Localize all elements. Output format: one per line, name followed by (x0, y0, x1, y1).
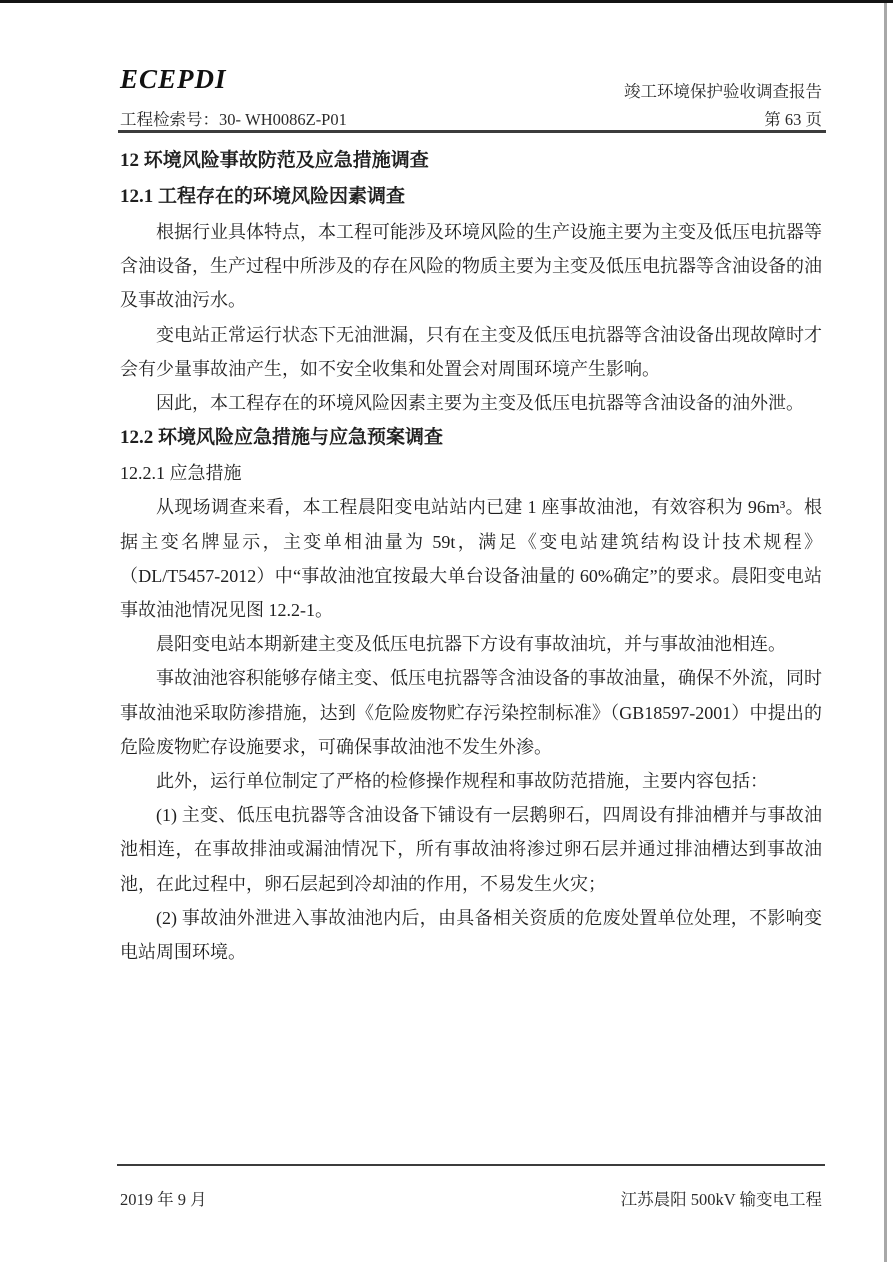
footer-meta-row: 2019 年 9 月 江苏晨阳 500kV 输变电工程 (120, 1186, 822, 1210)
report-type-title: 竣工环境保护验收调查报告 (120, 78, 822, 102)
list-item-paragraph-2: (2) 事故油外泄进入事故油池内后，由具备相关资质的危废处置单位处理，不影响变电… (120, 901, 822, 969)
subsubsection-heading-12-2-1: 12.2.1 应急措施 (120, 456, 822, 490)
paragraph: 因此，本工程存在的环境风险因素主要为主变及低压电抗器等含油设备的油外泄。 (120, 386, 822, 420)
paragraph: 此外，运行单位制定了严格的检修操作规程和事故防范措施，主要内容包括： (120, 764, 822, 798)
section-heading-12: 12 环境风险事故防范及应急措施调查 (120, 143, 822, 179)
paragraph: 变电站正常运行状态下无油泄漏，只有在主变及低压电抗器等含油设备出现故障时才会有少… (120, 318, 822, 386)
footer-divider (117, 1164, 825, 1166)
project-name: 江苏晨阳 500kV 输变电工程 (621, 1186, 822, 1210)
subsection-heading-12-1: 12.1 工程存在的环境风险因素调查 (120, 179, 822, 215)
report-date: 2019 年 9 月 (120, 1186, 207, 1210)
scan-top-edge (0, 0, 893, 3)
list-item-paragraph-1: (1) 主变、低压电抗器等含油设备下铺设有一层鹅卵石，四周设有排油槽并与事故油池… (120, 798, 822, 901)
paragraph: 晨阳变电站本期新建主变及低压电抗器下方设有事故油坑，并与事故油池相连。 (120, 627, 822, 661)
subsection-heading-12-2: 12.2 环境风险应急措施与应急预案调查 (120, 420, 822, 456)
page-number: 第 63 页 (764, 106, 822, 130)
document-page: ECEPDI 竣工环境保护验收调查报告 工程检索号：30- WH0086Z-P0… (0, 0, 893, 1262)
paragraph: 事故油池容积能够存储主变、低压电抗器等含油设备的事故油量，确保不外流，同时事故油… (120, 661, 822, 764)
scan-right-edge (884, 3, 887, 1262)
paragraph: 从现场调查来看，本工程晨阳变电站站内已建 1 座事故油池，有效容积为 96m³。… (120, 490, 822, 627)
document-body: 12 环境风险事故防范及应急措施调查 12.1 工程存在的环境风险因素调查 根据… (120, 143, 822, 969)
header-meta-row: 工程检索号：30- WH0086Z-P01 第 63 页 (120, 106, 822, 130)
header-divider (118, 130, 826, 133)
project-index-number: 工程检索号：30- WH0086Z-P01 (120, 106, 347, 130)
paragraph: 根据行业具体特点，本工程可能涉及环境风险的生产设施主要为主变及低压电抗器等含油设… (120, 215, 822, 318)
